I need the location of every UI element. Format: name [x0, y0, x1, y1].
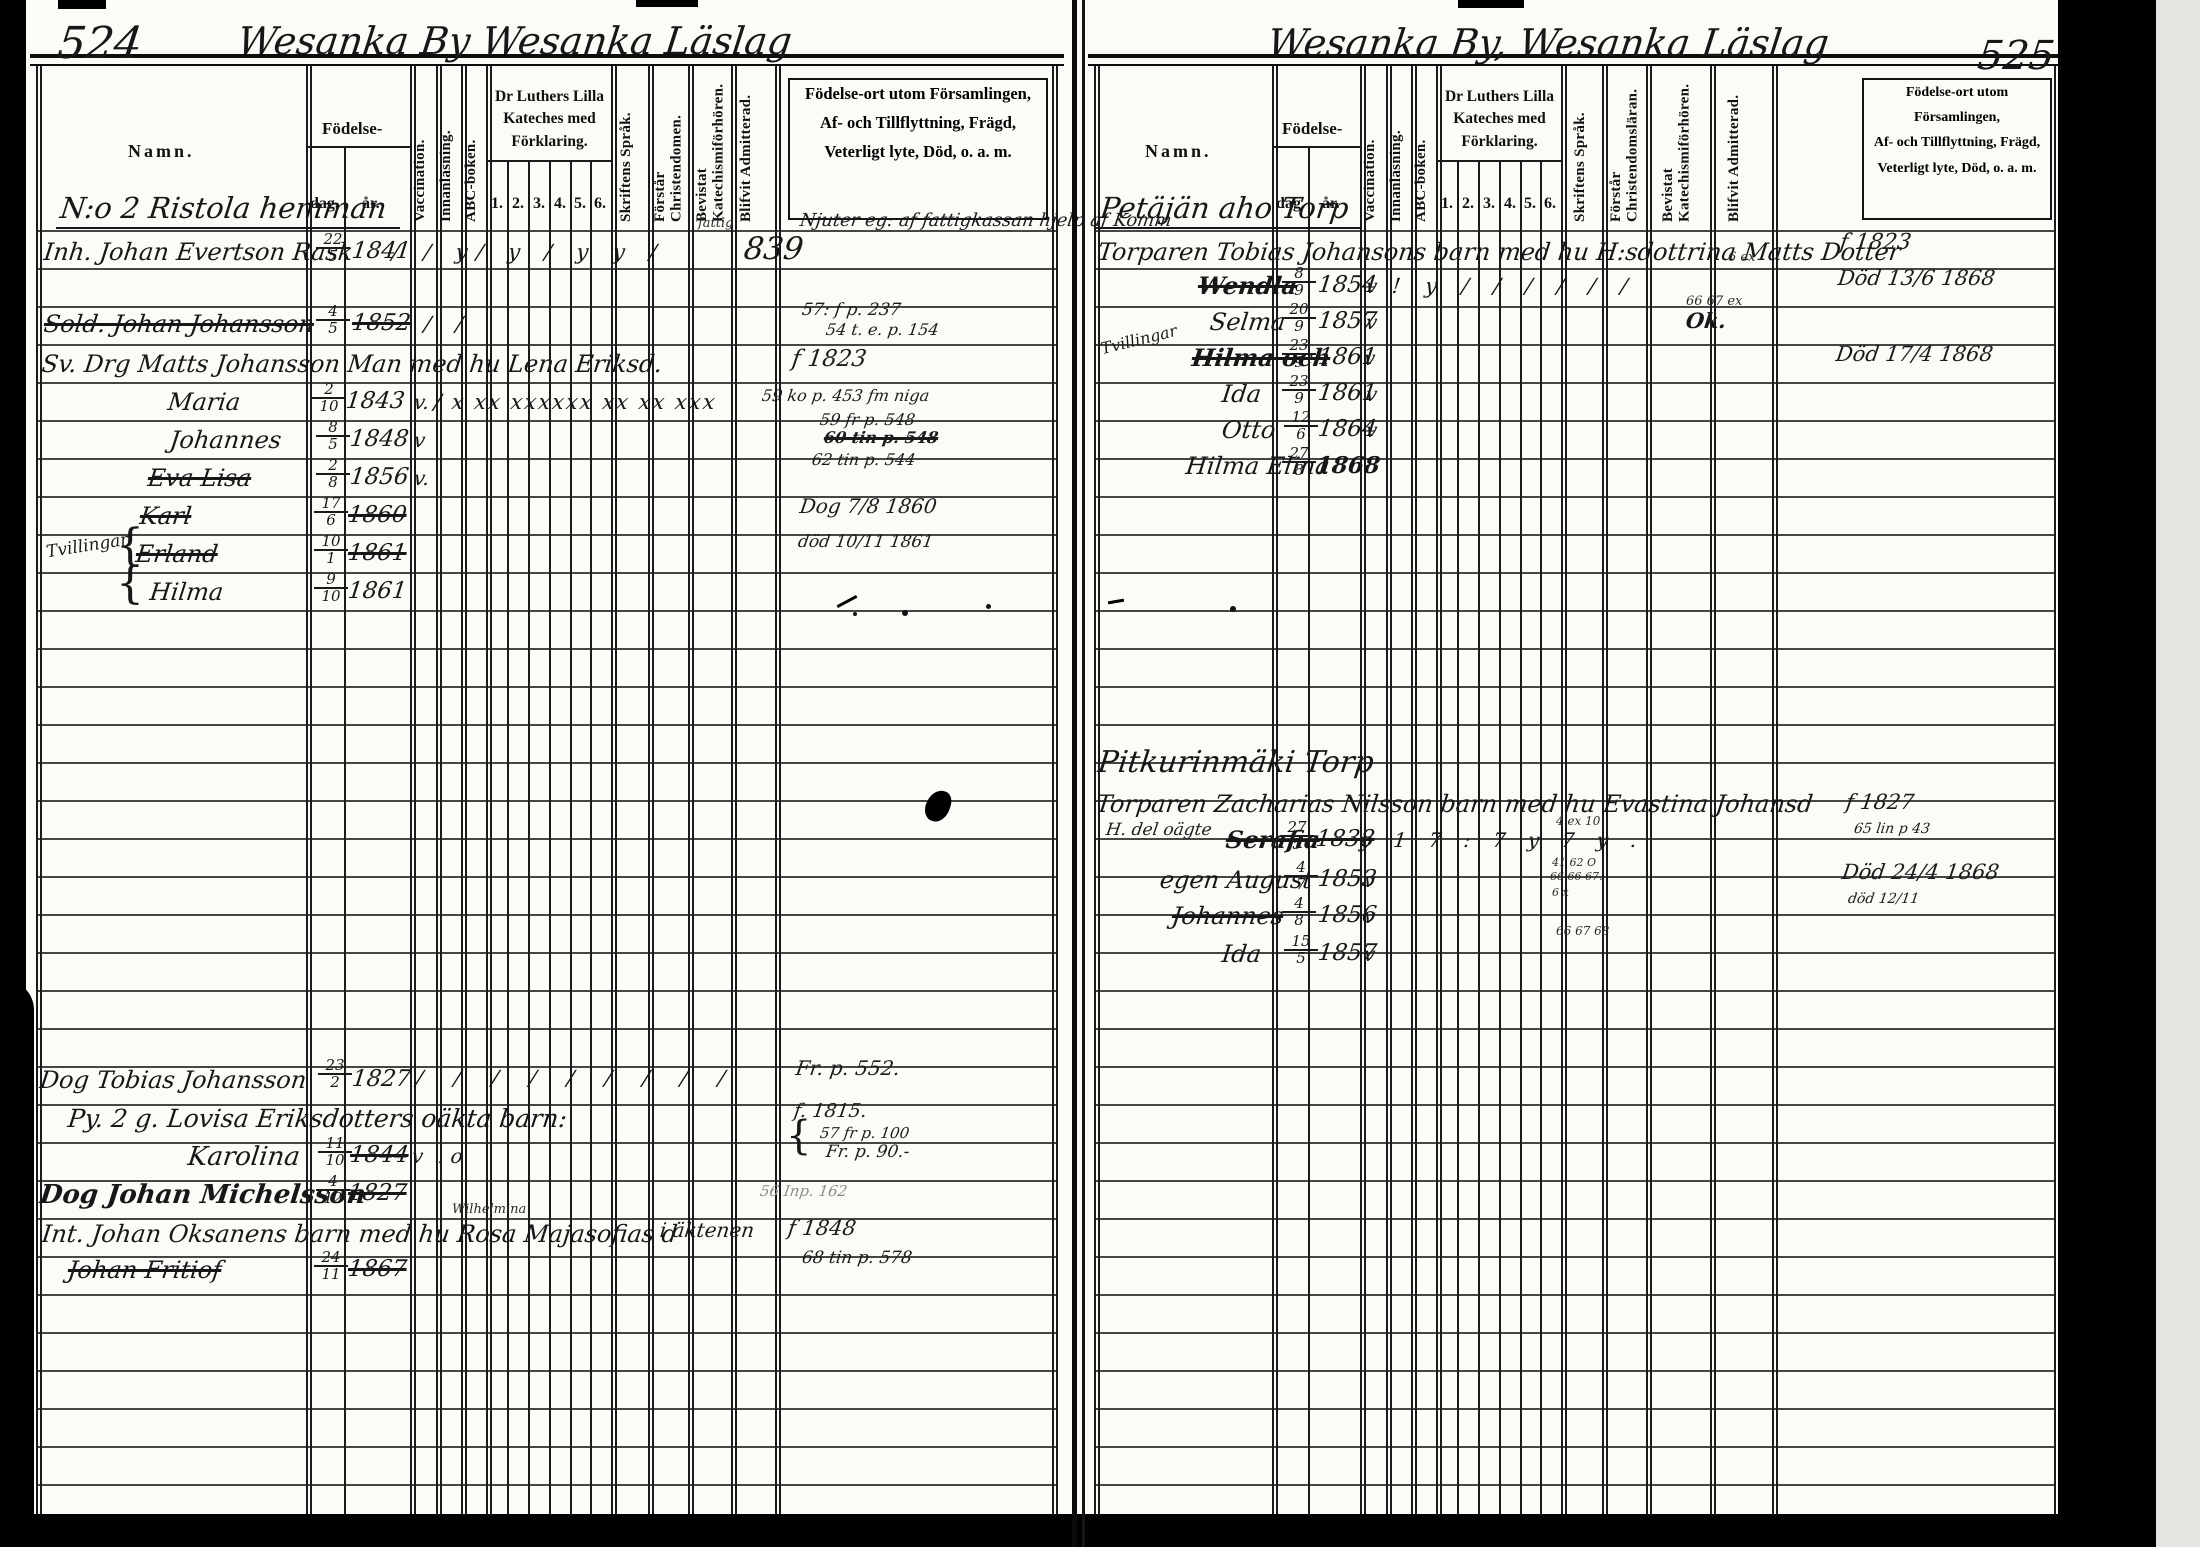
ink-dot — [986, 604, 991, 609]
catechism-4: 4. — [1504, 196, 1516, 212]
ink-dot — [1230, 606, 1236, 612]
birth-year: 1848 — [349, 428, 410, 451]
column-header-remarks: Födelse-ort utom Församlingen, Af- och T… — [1862, 78, 2052, 220]
column-header-abc-book: ABC-boken. — [1413, 70, 1430, 222]
page-number-left: 524 — [55, 22, 144, 66]
birth-month: 9 — [1282, 319, 1316, 334]
remark: Död 13/6 1868 — [1837, 268, 1997, 289]
birth-date: 176 — [314, 496, 348, 528]
film-edge-left-blob — [0, 980, 34, 1547]
entry-name: Ida — [1221, 382, 1263, 406]
grade-marks: y 1 7 : 7 y 7 y . — [1359, 830, 1646, 850]
remark: 57: f p. 237 — [801, 302, 902, 319]
section-heading: Pitkurinmäki Torp — [1096, 748, 1375, 778]
remark-brace: { — [786, 1116, 811, 1156]
vline — [648, 66, 654, 1516]
catechism-2: 2. — [512, 196, 524, 212]
margin-note: 66 67 68 — [1556, 924, 1609, 938]
birth-month: 11 — [314, 1267, 348, 1282]
birth-date: 126 — [1284, 410, 1318, 442]
remarks-line3: Veterligt lyte, Död, o. a. m. — [1864, 156, 2050, 181]
column-header-name: Namn. — [128, 142, 195, 160]
birth-month: 6 — [1284, 427, 1318, 442]
birth-year: 1827 — [351, 1068, 412, 1091]
birth-year: 1861 — [347, 542, 408, 565]
section-heading: N:o 2 Ristola hemman — [56, 194, 404, 229]
page-gutter-line — [1072, 0, 1077, 1547]
birth-date: 278 — [1282, 446, 1316, 478]
vline — [410, 66, 416, 1516]
birth-month: 12 — [316, 1191, 350, 1206]
catechism-4: 4. — [554, 196, 566, 212]
parish-register-scan: 524 Wesanka By Wesanka Läslag Wesanka By… — [0, 0, 2200, 1547]
vaccination-mark: v. — [413, 468, 431, 488]
remark: 60 tin p. 548 — [823, 430, 939, 446]
birth-month: 8 — [316, 475, 350, 490]
birth-month: 7 — [1284, 877, 1318, 892]
vaccination-mark: v. — [413, 392, 431, 412]
film-edge-bottom — [0, 1514, 2200, 1547]
film-edge-top-mark — [1458, 0, 1524, 8]
column-header-admitted: Blifvit Admitterad. — [738, 70, 772, 222]
birth-month: 5 — [316, 249, 350, 264]
margin-note: 4 ex 10 — [1556, 814, 1600, 828]
catechism-5: 5. — [1524, 196, 1536, 212]
remark: f 1827 — [1845, 792, 1916, 813]
birth-month: 9 — [1282, 355, 1316, 370]
entry-name: Johannes — [1171, 904, 1285, 928]
entry-extra: i äktenen — [659, 1220, 756, 1240]
birth-date: 28 — [316, 458, 350, 490]
vline — [775, 66, 781, 1516]
remark: f 1823 — [790, 348, 868, 371]
hline — [306, 146, 410, 148]
remark: 59 ko p. 453 fm niga — [761, 388, 931, 404]
grade-marks: / / / / / / / / / — [415, 1068, 739, 1089]
birth-date: 47 — [1284, 860, 1318, 892]
birth-year: 1860 — [347, 504, 408, 527]
entry-name: Selma — [1209, 310, 1287, 334]
village-header-left: Wesanka By Wesanka Läslag — [236, 22, 794, 60]
column-header-vaccination: Vaccination. — [412, 70, 429, 222]
catechism-3: 3. — [533, 196, 545, 212]
column-header-reading: Innanläsning. — [438, 70, 455, 222]
birth-date: 225 — [316, 232, 350, 264]
twin-brace: { — [116, 562, 144, 606]
remark: 59 fr p. 548 — [819, 412, 916, 428]
vline — [461, 66, 467, 1516]
remarks-line3: Veterligt lyte, Död, o. a. m. — [790, 138, 1046, 167]
remark: 68 tin p. 578 — [801, 1250, 913, 1267]
margin-note: 66 67 ex — [1686, 294, 1742, 309]
birth-year: 1852 — [351, 312, 412, 335]
entry-family-line: Py. 2 g. Lovisa Eriksdotters oäkta barn: — [66, 1106, 568, 1131]
catechism-1: 1. — [1441, 196, 1453, 212]
vline — [486, 66, 492, 1516]
birth-date: 48 — [1282, 896, 1316, 928]
village-header-right: Wesanka By, Wesanka Läslag — [1266, 24, 1831, 62]
column-header-understands: Förstår Christendomen. — [652, 70, 686, 222]
grade-marks: ! y / / / / / / — [1391, 276, 1638, 297]
birth-year: 1856 — [349, 466, 410, 489]
remarks-line1: Födelse-ort utom Församlingen, — [790, 80, 1046, 109]
page-number-right: 525 — [1976, 36, 2057, 76]
birth-date: 232 — [318, 1058, 352, 1090]
entry-name: Maria — [167, 390, 242, 414]
column-header-name: Namn. — [1145, 142, 1212, 160]
column-header-catechism: Dr Luthers Lilla Kateches med Förklaring… — [1440, 86, 1559, 153]
birth-month: 5 — [316, 437, 350, 452]
vline — [688, 66, 694, 1516]
section-heading: Petäjän aho Torp — [1096, 194, 1366, 229]
remark: Död 17/4 1868 — [1835, 344, 1995, 365]
hline — [1272, 146, 1360, 148]
entry-family-line: Sv. Drg Matts Johansson Man med hu Lena … — [41, 352, 664, 376]
birth-year: 1827 — [347, 1182, 408, 1205]
entry-name: Inh. Johan Evertson Rask — [43, 240, 355, 264]
remark: Död 24/4 1868 — [1841, 862, 2001, 883]
margin-note: fattig — [698, 216, 734, 231]
birth-date: 155 — [1284, 934, 1318, 966]
entry-name: Erland — [135, 542, 220, 566]
column-header-understands: Förstår Christendomsläran. — [1608, 70, 1644, 222]
catechism-5: 5. — [574, 196, 586, 212]
birth-month: 1 — [314, 551, 348, 566]
birth-date: 1110 — [318, 1136, 352, 1168]
remark: f 1823 — [1838, 232, 1912, 254]
vline — [611, 66, 617, 1516]
birth-month: 9 — [1282, 283, 1316, 298]
grade-marks: / / y/ y / y y / — [391, 242, 667, 263]
margin-note: 41 62 O — [1552, 856, 1596, 869]
entry-name: Dog Tobias Johansson — [39, 1068, 308, 1092]
remarks-line1: Födelse-ort utom Församlingen, — [1864, 80, 2050, 130]
catechism-2: 2. — [1462, 196, 1474, 212]
birth-year: 1844 — [349, 1144, 410, 1167]
remark: f 1848 — [787, 1218, 858, 1239]
birth-month: 10 — [318, 1153, 352, 1168]
birth-year: 1843 — [345, 390, 406, 413]
column-header-attended: Bevistat Katechismiförhören. — [694, 70, 730, 222]
admitted-year: 839 — [742, 234, 805, 265]
birth-date: 910 — [314, 572, 348, 604]
remark: Dog 7/8 1860 — [799, 496, 938, 516]
column-header-scripture: Skriftens Språk. — [618, 70, 635, 222]
remark: 57 fr p. 100 — [819, 1126, 910, 1141]
birth-date: 2411 — [314, 1250, 348, 1282]
column-header-attended: Bevistat Katechismiförhören. — [1660, 70, 1700, 222]
vline — [436, 66, 442, 1516]
vline — [1052, 66, 1058, 1516]
remark-faint: 56 Inp. 162 — [759, 1184, 848, 1199]
hline — [1436, 160, 1563, 162]
vline — [731, 66, 737, 1516]
birth-month: 10 — [312, 399, 346, 414]
birth-month: 8 — [1282, 463, 1316, 478]
birth-date: 209 — [1282, 302, 1316, 334]
remark: 65 lin p 43 — [1853, 822, 1931, 836]
catechism-3: 3. — [1483, 196, 1495, 212]
interlinear-note: Wilhelmina — [452, 1202, 526, 1217]
remarks-line2: Af- och Tillflyttning, Frägd, — [1864, 130, 2050, 155]
birth-month: 10 — [314, 589, 348, 604]
birth-date: 210 — [312, 382, 346, 414]
vline — [36, 66, 42, 1516]
column-header-remarks: Födelse-ort utom Församlingen, Af- och T… — [788, 78, 1048, 220]
remark: död 12/11 — [1847, 892, 1920, 906]
entry-name: Eva Lisa — [147, 466, 253, 490]
birth-month: 2 — [318, 1075, 352, 1090]
column-header-birth: Födelse- — [1282, 120, 1342, 137]
column-header-catechism: Dr Luthers Lilla Kateches med Förklaring… — [490, 86, 609, 153]
remark: Fr. p. 552. — [795, 1058, 902, 1078]
hline — [486, 160, 613, 162]
birth-date: 239 — [1282, 338, 1316, 370]
film-edge-top-mark — [636, 0, 698, 7]
entry-name: Hilma — [149, 580, 225, 604]
birth-date: 45 — [316, 304, 350, 336]
margin-note: 66 66 67. — [1550, 870, 1602, 883]
birth-month: 6 — [314, 513, 348, 528]
remark: död 10/11 1861 — [797, 534, 934, 551]
film-edge-right — [2058, 0, 2156, 1547]
entry-name: Karl — [139, 504, 193, 528]
remarks-line2: Af- och Tillflyttning, Frägd, — [790, 109, 1046, 138]
birth-month: 5 — [1284, 951, 1318, 966]
column-header-abc-book: ABC-boken. — [463, 70, 480, 222]
margin-note: Ok. — [1685, 310, 1728, 331]
page-gutter-line — [1082, 0, 1085, 1547]
catechism-6: 6. — [594, 196, 606, 212]
vline — [306, 66, 312, 1516]
entry-family-line: Int. Johan Oksanens barn med hu Rosa Maj… — [41, 1222, 679, 1246]
birth-year: 1861 — [347, 580, 408, 603]
grade-marks: / / — [423, 314, 473, 335]
birth-month: 5 — [1280, 837, 1314, 852]
birth-date: 101 — [314, 534, 348, 566]
entry-family-line: Torparen Tobias Johansons barn med hu H:… — [1097, 240, 1902, 264]
birth-month: 8 — [1282, 913, 1316, 928]
remark: Fr. p. 90.- — [825, 1144, 911, 1161]
birth-year: 1868 — [1315, 454, 1382, 477]
entry-name: Sold. Johan Johansson — [43, 312, 316, 336]
entry-name: Johannes — [169, 428, 283, 452]
birth-date: 412 — [316, 1174, 350, 1206]
birth-date: 85 — [316, 420, 350, 452]
entry-name: Karolina — [186, 1144, 301, 1170]
column-header-admitted: Blifvit Admitterad. — [1726, 70, 1760, 222]
margin-note: 6 x — [1552, 886, 1569, 899]
ink-dot — [902, 610, 908, 616]
birth-date: 89 — [1282, 266, 1316, 298]
grade-marks: / x xx xxxxxx xx xx xxx — [433, 392, 718, 413]
entry-name: Otto — [1221, 418, 1277, 442]
film-edge-top-mark — [58, 0, 106, 9]
column-header-scripture: Skriftens Språk. — [1572, 70, 1589, 222]
catechism-6: 6. — [1544, 196, 1556, 212]
entry-prefix: H. del oägte — [1105, 822, 1213, 839]
entry-name: Ida — [1221, 942, 1263, 966]
ink-dot — [853, 612, 857, 616]
birth-year: 1867 — [347, 1258, 408, 1281]
remark: 54 t. e. p. 154 — [825, 322, 940, 338]
column-header-reading: Innanläsning. — [1388, 70, 1405, 222]
grade-marks: . o — [437, 1146, 464, 1166]
scan-margin-right — [2156, 0, 2200, 1547]
catechism-1: 1. — [491, 196, 503, 212]
birth-date: 239 — [1282, 374, 1316, 406]
remark: 62 tin p. 544 — [811, 452, 917, 468]
birth-date: 275 — [1280, 820, 1314, 852]
birth-month: 9 — [1282, 391, 1316, 406]
margin-note: 6 ex — [1728, 250, 1755, 265]
column-header-birth: Födelse- — [322, 120, 382, 137]
entry-family-line: Torparen Zacharias Nilsson barn med hu E… — [1095, 792, 1815, 816]
entry-name: Johan Fritiof — [67, 1258, 223, 1282]
birth-month: 5 — [316, 321, 350, 336]
